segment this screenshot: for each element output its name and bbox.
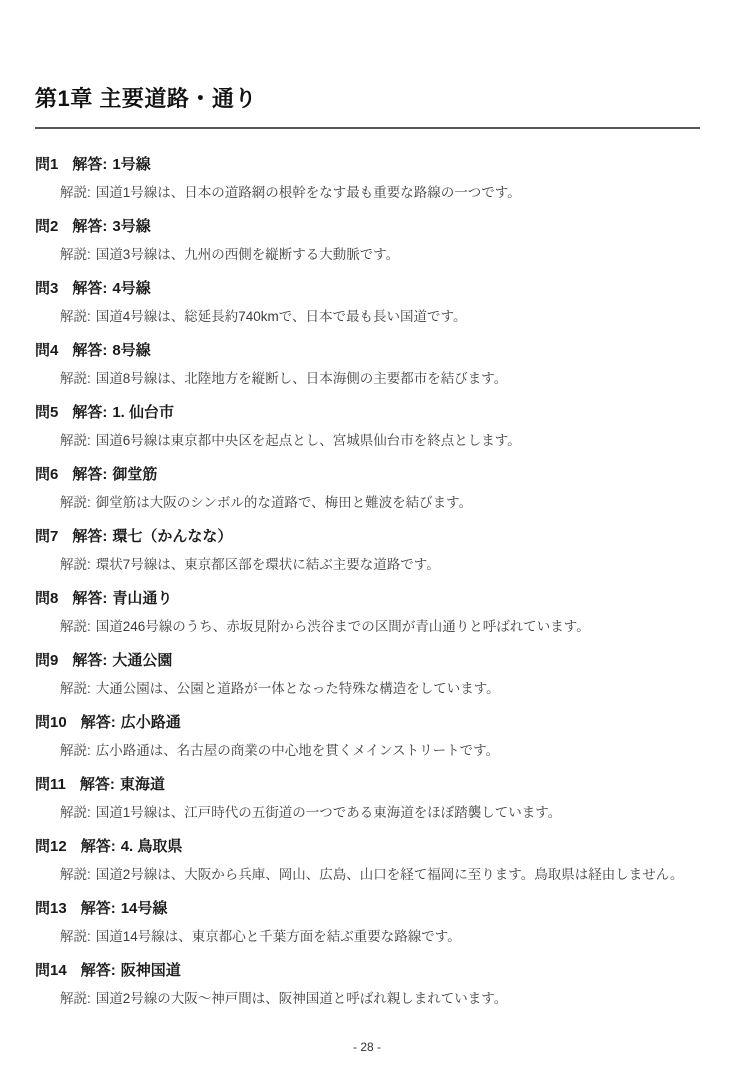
qa-block: 問14 解答: 阪神国道 解説: 国道2号線の大阪～神戸間は、阪神国道と呼ばれ親… (35, 961, 700, 1009)
answer-text: 大通公園 (112, 651, 172, 671)
question-number: 問5 (35, 403, 58, 423)
explanation-line: 解説: 国道2号線は、大阪から兵庫、岡山、広島、山口を経て福岡に至ります。鳥取県… (35, 865, 700, 885)
answer-text: 広小路通 (121, 713, 181, 733)
explanation-text: 国道1号線は、日本の道路網の根幹をなす最も重要な路線の一つです。 (96, 183, 521, 203)
explanation-line: 解説: 環状7号線は、東京都区部を環状に結ぶ主要な道路です。 (35, 555, 700, 575)
answer-line: 解答: 大通公園 (72, 651, 172, 671)
explanation-label: 解説: (60, 369, 91, 389)
answer-line: 解答: 環七（かんなな） (72, 527, 232, 547)
question-number: 問8 (35, 589, 58, 609)
title-rule-divider (35, 127, 700, 129)
question-number: 問3 (35, 279, 58, 299)
answer-label: 解答: (81, 961, 116, 981)
explanation-label: 解説: (60, 493, 91, 513)
answer-line: 解答: 御堂筋 (72, 465, 157, 485)
explanation-label: 解説: (60, 307, 91, 327)
explanation-text: 大通公園は、公園と道路が一体となった特殊な構造をしています。 (96, 679, 500, 699)
answer-label: 解答: (81, 837, 116, 857)
qa-block: 問5 解答: 1. 仙台市 解説: 国道6号線は東京都中央区を起点とし、宮城県仙… (35, 403, 700, 451)
question-number: 問4 (35, 341, 58, 361)
explanation-line: 解説: 国道4号線は、総延長約740kmで、日本で最も長い国道です。 (35, 307, 700, 327)
answer-line: 解答: 1号線 (72, 155, 150, 175)
qa-question-line: 問5 解答: 1. 仙台市 (35, 403, 700, 423)
explanation-text: 環状7号線は、東京都区部を環状に結ぶ主要な道路です。 (96, 555, 440, 575)
answer-label: 解答: (81, 899, 116, 919)
question-number: 問2 (35, 217, 58, 237)
qa-question-line: 問13 解答: 14号線 (35, 899, 700, 919)
question-number: 問11 (35, 775, 66, 795)
explanation-line: 解説: 国道2号線の大阪～神戸間は、阪神国道と呼ばれ親しまれています。 (35, 989, 700, 1009)
explanation-label: 解説: (60, 617, 91, 637)
answer-line: 解答: 1. 仙台市 (72, 403, 174, 423)
explanation-label: 解説: (60, 245, 91, 265)
qa-block: 問8 解答: 青山通り 解説: 国道246号線のうち、赤坂見附から渋谷までの区間… (35, 589, 700, 637)
explanation-text: 広小路通は、名古屋の商業の中心地を貫くメインストリートです。 (96, 741, 499, 761)
explanation-label: 解説: (60, 431, 91, 451)
qa-question-line: 問2 解答: 3号線 (35, 217, 700, 237)
explanation-line: 解説: 国道6号線は東京都中央区を起点とし、宮城県仙台市を終点とします。 (35, 431, 700, 451)
answer-line: 解答: 14号線 (81, 899, 168, 919)
qa-question-line: 問7 解答: 環七（かんなな） (35, 527, 700, 547)
explanation-text: 国道1号線は、江戸時代の五街道の一つである東海道をほぼ踏襲しています。 (96, 803, 561, 823)
answer-text: 14号線 (121, 899, 168, 919)
answer-text: 青山通り (112, 589, 172, 609)
qa-question-line: 問4 解答: 8号線 (35, 341, 700, 361)
explanation-label: 解説: (60, 183, 91, 203)
answer-label: 解答: (72, 155, 107, 175)
page-number: - 28 - (0, 1040, 734, 1054)
qa-list: 問1 解答: 1号線 解説: 国道1号線は、日本の道路網の根幹をなす最も重要な路… (35, 155, 700, 1009)
qa-question-line: 問11 解答: 東海道 (35, 775, 700, 795)
qa-block: 問10 解答: 広小路通 解説: 広小路通は、名古屋の商業の中心地を貫くメインス… (35, 713, 700, 761)
explanation-line: 解説: 国道3号線は、九州の西側を縦断する大動脈です。 (35, 245, 700, 265)
answer-line: 解答: 広小路通 (81, 713, 181, 733)
question-number: 問6 (35, 465, 58, 485)
explanation-label: 解説: (60, 555, 91, 575)
explanation-label: 解説: (60, 927, 91, 947)
qa-block: 問1 解答: 1号線 解説: 国道1号線は、日本の道路網の根幹をなす最も重要な路… (35, 155, 700, 203)
question-number: 問10 (35, 713, 67, 733)
qa-question-line: 問12 解答: 4. 鳥取県 (35, 837, 700, 857)
qa-question-line: 問8 解答: 青山通り (35, 589, 700, 609)
question-number: 問13 (35, 899, 67, 919)
explanation-label: 解説: (60, 679, 91, 699)
explanation-line: 解説: 御堂筋は大阪のシンボル的な道路で、梅田と難波を結びます。 (35, 493, 700, 513)
answer-line: 解答: 8号線 (72, 341, 150, 361)
explanation-text: 御堂筋は大阪のシンボル的な道路で、梅田と難波を結びます。 (96, 493, 472, 513)
answer-text: 東海道 (120, 775, 165, 795)
answer-label: 解答: (72, 403, 107, 423)
answer-text: 1. 仙台市 (112, 403, 174, 423)
answer-line: 解答: 3号線 (72, 217, 150, 237)
qa-question-line: 問1 解答: 1号線 (35, 155, 700, 175)
answer-text: 4号線 (112, 279, 150, 299)
answer-line: 解答: 青山通り (72, 589, 172, 609)
answer-text: 8号線 (112, 341, 150, 361)
answer-label: 解答: (81, 713, 116, 733)
answer-line: 解答: 4. 鳥取県 (81, 837, 183, 857)
answer-label: 解答: (72, 651, 107, 671)
qa-block: 問12 解答: 4. 鳥取県 解説: 国道2号線は、大阪から兵庫、岡山、広島、山… (35, 837, 700, 885)
answer-label: 解答: (72, 589, 107, 609)
question-number: 問14 (35, 961, 67, 981)
qa-question-line: 問6 解答: 御堂筋 (35, 465, 700, 485)
qa-block: 問9 解答: 大通公園 解説: 大通公園は、公園と道路が一体となった特殊な構造を… (35, 651, 700, 699)
question-number: 問12 (35, 837, 67, 857)
qa-block: 問3 解答: 4号線 解説: 国道4号線は、総延長約740kmで、日本で最も長い… (35, 279, 700, 327)
qa-block: 問6 解答: 御堂筋 解説: 御堂筋は大阪のシンボル的な道路で、梅田と難波を結び… (35, 465, 700, 513)
explanation-text: 国道246号線のうち、赤坂見附から渋谷までの区間が青山通りと呼ばれています。 (96, 617, 590, 637)
qa-question-line: 問14 解答: 阪神国道 (35, 961, 700, 981)
answer-line: 解答: 阪神国道 (81, 961, 181, 981)
qa-question-line: 問9 解答: 大通公園 (35, 651, 700, 671)
answer-label: 解答: (80, 775, 115, 795)
explanation-text: 国道14号線は、東京都心と千葉方面を結ぶ重要な路線です。 (96, 927, 461, 947)
question-number: 問9 (35, 651, 58, 671)
explanation-line: 解説: 大通公園は、公園と道路が一体となった特殊な構造をしています。 (35, 679, 700, 699)
explanation-line: 解説: 国道14号線は、東京都心と千葉方面を結ぶ重要な路線です。 (35, 927, 700, 947)
answer-text: 御堂筋 (112, 465, 157, 485)
explanation-line: 解説: 国道1号線は、江戸時代の五街道の一つである東海道をほぼ踏襲しています。 (35, 803, 700, 823)
answer-text: 環七（かんなな） (112, 527, 232, 547)
qa-question-line: 問10 解答: 広小路通 (35, 713, 700, 733)
question-number: 問1 (35, 155, 58, 175)
answer-text: 4. 鳥取県 (121, 837, 183, 857)
answer-label: 解答: (72, 279, 107, 299)
chapter-title: 第1章 主要道路・通り (35, 85, 700, 113)
explanation-label: 解説: (60, 865, 91, 885)
explanation-text: 国道4号線は、総延長約740kmで、日本で最も長い国道です。 (96, 307, 467, 327)
qa-block: 問4 解答: 8号線 解説: 国道8号線は、北陸地方を縦断し、日本海側の主要都市… (35, 341, 700, 389)
qa-block: 問11 解答: 東海道 解説: 国道1号線は、江戸時代の五街道の一つである東海道… (35, 775, 700, 823)
answer-text: 阪神国道 (121, 961, 181, 981)
answer-text: 3号線 (112, 217, 150, 237)
qa-block: 問2 解答: 3号線 解説: 国道3号線は、九州の西側を縦断する大動脈です。 (35, 217, 700, 265)
explanation-text: 国道2号線の大阪～神戸間は、阪神国道と呼ばれ親しまれています。 (96, 989, 507, 1009)
explanation-text: 国道3号線は、九州の西側を縦断する大動脈です。 (96, 245, 399, 265)
answer-text: 1号線 (112, 155, 150, 175)
answer-label: 解答: (72, 527, 107, 547)
explanation-text: 国道8号線は、北陸地方を縦断し、日本海側の主要都市を結びます。 (96, 369, 507, 389)
explanation-label: 解説: (60, 741, 91, 761)
explanation-label: 解説: (60, 989, 91, 1009)
document-page: 第1章 主要道路・通り 問1 解答: 1号線 解説: 国道1号線は、日本の道路網… (0, 0, 734, 1009)
explanation-line: 解説: 国道1号線は、日本の道路網の根幹をなす最も重要な路線の一つです。 (35, 183, 700, 203)
explanation-line: 解説: 国道8号線は、北陸地方を縦断し、日本海側の主要都市を結びます。 (35, 369, 700, 389)
question-number: 問7 (35, 527, 58, 547)
qa-question-line: 問3 解答: 4号線 (35, 279, 700, 299)
explanation-text: 国道6号線は東京都中央区を起点とし、宮城県仙台市を終点とします。 (96, 431, 521, 451)
answer-label: 解答: (72, 465, 107, 485)
answer-label: 解答: (72, 217, 107, 237)
explanation-label: 解説: (60, 803, 91, 823)
explanation-line: 解説: 国道246号線のうち、赤坂見附から渋谷までの区間が青山通りと呼ばれていま… (35, 617, 700, 637)
answer-line: 解答: 4号線 (72, 279, 150, 299)
answer-label: 解答: (72, 341, 107, 361)
explanation-line: 解説: 広小路通は、名古屋の商業の中心地を貫くメインストリートです。 (35, 741, 700, 761)
qa-block: 問13 解答: 14号線 解説: 国道14号線は、東京都心と千葉方面を結ぶ重要な… (35, 899, 700, 947)
qa-block: 問7 解答: 環七（かんなな） 解説: 環状7号線は、東京都区部を環状に結ぶ主要… (35, 527, 700, 575)
answer-line: 解答: 東海道 (80, 775, 165, 795)
explanation-text: 国道2号線は、大阪から兵庫、岡山、広島、山口を経て福岡に至ります。鳥取県は経由し… (96, 865, 684, 885)
